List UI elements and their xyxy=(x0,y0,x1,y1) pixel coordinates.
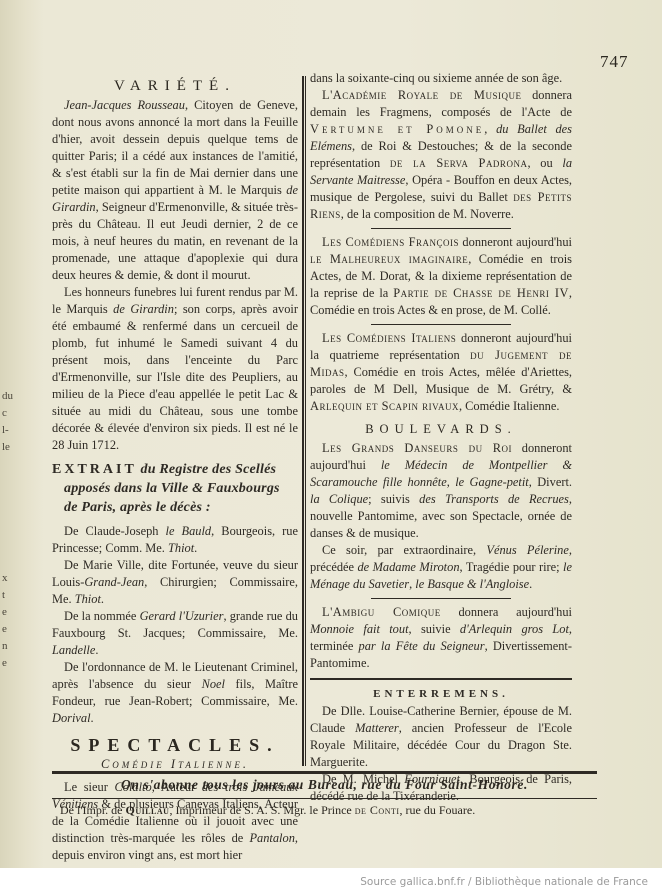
work-title: Vertumne et Pomone xyxy=(310,122,484,136)
enterrement-entry: De Dlle. Louise-Catherine Bernier, épous… xyxy=(310,703,572,771)
extrait-line: apposés dans la Ville & Fauxbourgs xyxy=(52,479,298,498)
margin-fragment-text: l- xyxy=(2,422,12,439)
scelle-entry: De Marie Ville, dite Fortunée, veuve du … xyxy=(52,557,298,608)
commissaire-name: Thiot xyxy=(75,592,101,606)
margin-fragment-text: t xyxy=(2,587,12,604)
institution-name: Les Grands Danseurs du Roi xyxy=(322,441,512,455)
entry-name: Gerard l'Uzurier xyxy=(140,609,224,623)
paragraph-text: , suivie xyxy=(409,622,460,636)
separator-rule xyxy=(371,598,511,599)
paragraph-text: donnera aujourd'hui xyxy=(441,605,572,619)
prince-name: de Conti xyxy=(355,803,400,817)
colalto-continuation: dans la soixante-cinq ou sixieme année d… xyxy=(310,70,572,87)
entry-name: Matterer xyxy=(355,721,399,735)
newspaper-page: du c l- le x t e e n e 747 VARIÉTÉ. Jean… xyxy=(0,0,662,868)
rousseau-paragraph-2: Les honneurs funebres lui furent rendus … xyxy=(52,284,298,454)
institution-name: Les Comédiens Italiens xyxy=(322,331,456,345)
extrait-word: EXTRAIT xyxy=(52,462,137,477)
paragraph-text: , ou xyxy=(527,156,562,170)
imprint-text: , rue du Fouare. xyxy=(400,803,476,817)
paragraph-text: , xyxy=(447,475,456,489)
rousseau-paragraph-1: Jean-Jacques Rousseau, Citoyen de Geneve… xyxy=(52,97,298,284)
paragraph-text: . xyxy=(529,577,532,591)
margin-fragment-text: e xyxy=(2,655,12,672)
commissaire-name: Thiot xyxy=(168,541,194,555)
section-title-enterremens: ENTERREMENS. xyxy=(310,686,572,703)
commissaire-name: Dorival xyxy=(52,711,91,725)
academie-paragraph: L'Académie Royale de Musique donnera dem… xyxy=(310,87,572,223)
paragraph-text: donneront aujourd'hui xyxy=(459,235,572,249)
extrait-line: de Paris, après le décès : xyxy=(52,498,298,517)
entry-text: . xyxy=(101,592,104,606)
grands-danseurs-paragraph: Les Grands Danseurs du Roi donneront auj… xyxy=(310,440,572,542)
commissaire-name: Landelle xyxy=(52,643,95,657)
entry-name: le Bauld xyxy=(166,524,212,538)
page-number: 747 xyxy=(600,52,629,72)
entry-text: . xyxy=(95,643,98,657)
paragraph-text: Ce soir, par extraordinaire, xyxy=(322,543,486,557)
comediens-francois-paragraph: Les Comédiens François donneront aujourd… xyxy=(310,234,572,319)
institution-name: Les Comédiens François xyxy=(322,235,459,249)
paragraph-text: , Comédie en trois Actes, mêlée d'Ariett… xyxy=(310,365,572,396)
entry-text: . xyxy=(194,541,197,555)
margin-fragment-text: n xyxy=(2,638,12,655)
separator-rule-full xyxy=(310,678,572,680)
work-title: de la Serva Padrona xyxy=(390,156,528,170)
printer-name: Quillau xyxy=(125,803,169,817)
section-title-variete: VARIÉTÉ. xyxy=(52,78,298,95)
ce-soir-paragraph: Ce soir, par extraordinaire, Vénus Péler… xyxy=(310,542,572,593)
work-title: Partie de Chasse de Henri IV xyxy=(393,286,569,300)
margin-fragment-text: e xyxy=(2,604,12,621)
italic-title: d'Arlequin gros Lot xyxy=(460,622,569,636)
entry-text: . xyxy=(91,711,94,725)
italic-title: Monnoie fait tout xyxy=(310,622,409,636)
scelle-entry: De la nommée Gerard l'Uzurier, grande ru… xyxy=(52,608,298,659)
paragraph-text: , Tragédie pour rire; xyxy=(460,560,564,574)
paragraph-text: , Divert. xyxy=(529,475,572,489)
source-credit: Source gallica.bnf.fr / Bibliothèque nat… xyxy=(360,876,648,888)
paragraph-text: , de la composition de M. Noverre. xyxy=(341,207,514,221)
entry-name: Grand-Jean xyxy=(84,575,144,589)
italic-title: le Basque & l'Angloise xyxy=(415,577,529,591)
paragraph-text: , Citoyen de Geneve, dont nous avons ann… xyxy=(52,98,298,197)
scelle-entry: De l'ordonnance de M. le Lieutenant Crim… xyxy=(52,659,298,727)
entry-name: Noel xyxy=(202,677,225,691)
column-divider-double-rule xyxy=(302,76,306,766)
italic-title: des Transports de Recrues xyxy=(419,492,569,506)
italic-role: Pantalon xyxy=(249,831,294,845)
work-title: Arlequin et Scapin rivaux xyxy=(310,399,459,413)
margin-fragment-upper: du c l- le xyxy=(2,388,12,456)
italic-title: la Colique xyxy=(310,492,368,506)
ambigu-comique-paragraph: L'Ambigu Comique donnera aujourd'hui Mon… xyxy=(310,604,572,672)
separator-rule xyxy=(371,324,511,325)
italic-title: par la Fête du Seigneur xyxy=(359,639,485,653)
entry-text: De Claude-Joseph xyxy=(64,524,166,538)
paragraph-text: , Comédie Italienne. xyxy=(459,399,559,413)
margin-fragment-text: du xyxy=(2,388,12,405)
extrait-line: du Registre des Scellés xyxy=(137,462,276,477)
paragraph-text: , xyxy=(484,122,496,136)
margin-fragment-text: x xyxy=(2,570,12,587)
paragraph-text: ; son corps, après avoir été embaumé & r… xyxy=(52,302,298,452)
scelle-entry: De Claude-Joseph le Bauld, Bourgeois, ru… xyxy=(52,523,298,557)
footer-rule-top xyxy=(52,771,597,774)
paragraph-text: ; suivis xyxy=(368,492,419,506)
imprint-text: , Imprimeur de S. A. S. Mgr. le Prince xyxy=(169,803,354,817)
left-column: VARIÉTÉ. Jean-Jacques Rousseau, Citoyen … xyxy=(52,70,298,864)
margin-fragment-text: le xyxy=(2,439,12,456)
comediens-italiens-paragraph: Les Comédiens Italiens donneront aujourd… xyxy=(310,330,572,415)
footer-rule-bottom xyxy=(52,798,597,799)
right-column: dans la soixante-cinq ou sixieme année d… xyxy=(310,70,572,805)
subscription-notice: On s'abonne tous les jours au Bureau, ru… xyxy=(52,777,597,793)
institution-name: L'Ambigu Comique xyxy=(322,605,441,619)
rousseau-name: Jean-Jacques Rousseau xyxy=(64,98,185,112)
printer-imprint: De l'Impr. de Quillau, Imprimeur de S. A… xyxy=(60,803,605,818)
italic-title: le Gagne-petit xyxy=(455,475,529,489)
italic-name: de Girardin xyxy=(113,302,174,316)
italic-title: Vénus Pélerine xyxy=(486,543,569,557)
extrait-heading: EXTRAIT du Registre des Scellés apposés … xyxy=(52,460,298,517)
section-title-boulevards: BOULEVARDS. xyxy=(310,421,572,438)
italic-title: de Madame Miroton xyxy=(357,560,459,574)
institution-name: L'Académie Royale de Musique xyxy=(322,88,521,102)
margin-fragment-lower: x t e e n e xyxy=(2,570,12,672)
margin-fragment-text: c xyxy=(2,405,12,422)
imprint-text: De l'Impr. de xyxy=(60,803,125,817)
work-title: le Malheureux imaginaire xyxy=(310,252,468,266)
section-title-spectacles: SPECTACLES. xyxy=(52,737,298,754)
margin-fragment-text: e xyxy=(2,621,12,638)
entry-text: De la nommée xyxy=(64,609,140,623)
separator-rule xyxy=(371,228,511,229)
